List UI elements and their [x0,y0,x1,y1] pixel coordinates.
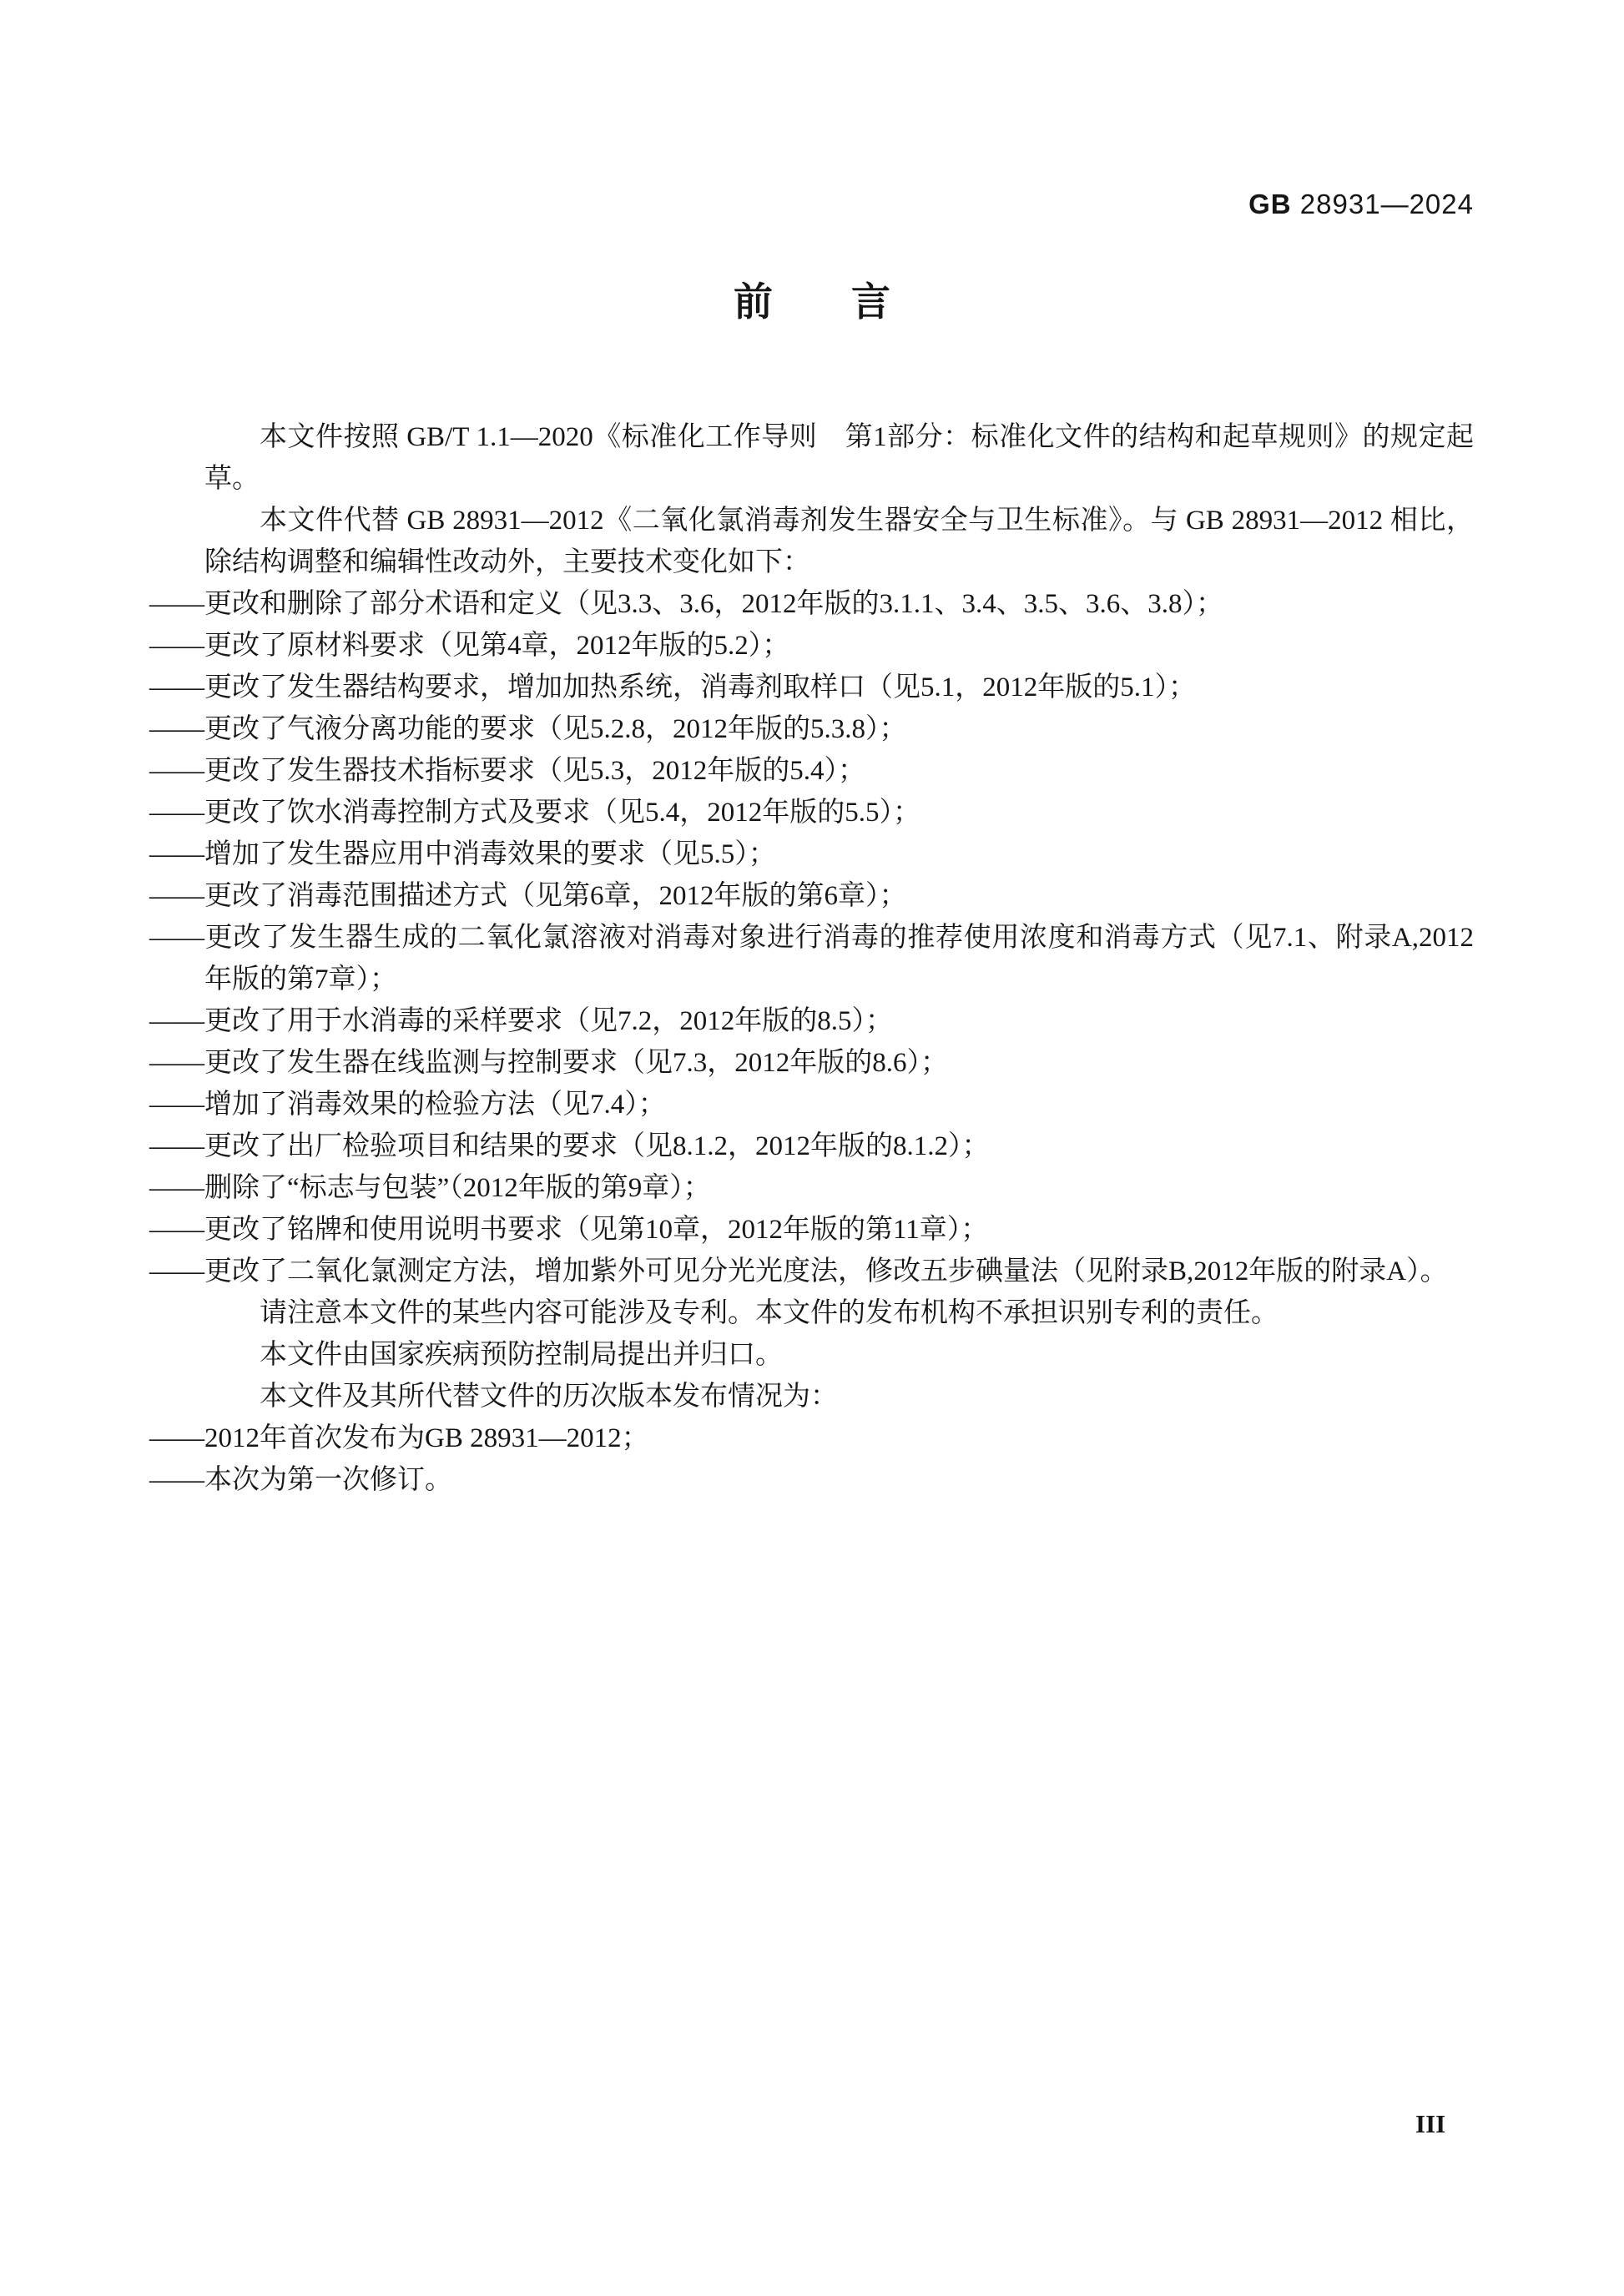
issuing-body-paragraph: 本文件由国家疾病预防控制局提出并归口。 [204,1334,1474,1376]
standard-code-number: 28931—2024 [1292,189,1474,219]
list-item: ——增加了消毒效果的检验方法（见7.4）； [204,1084,1474,1125]
intro-paragraph-1: 本文件按照 GB/T 1.1—2020《标准化工作导则 第1部分：标准化文件的结… [204,416,1474,500]
list-item: ——更改了原材料要求（见第4章，2012年版的5.2）； [204,625,1474,667]
list-item: ——更改了铭牌和使用说明书要求（见第10章，2012年版的第11章）； [204,1209,1474,1251]
list-item: ——更改和删除了部分术语和定义（见3.3、3.6，2012年版的3.1.1、3.… [204,583,1474,625]
list-item: ——更改了气液分离功能的要求（见5.2.8，2012年版的5.3.8）； [204,708,1474,750]
list-item: ——2012年首次发布为GB 28931—2012； [204,1417,1474,1459]
patent-notice-paragraph: 请注意本文件的某些内容可能涉及专利。本文件的发布机构不承担识别专利的责任。 [204,1292,1474,1334]
list-item: ——更改了发生器在线监测与控制要求（见7.3，2012年版的8.6）； [204,1042,1474,1084]
standard-code-prefix: GB [1248,189,1292,219]
standard-code: GB 28931—2024 [1248,189,1474,220]
list-item: ——本次为第一次修订。 [204,1459,1474,1501]
list-item: ——更改了用于水消毒的采样要求（见7.2，2012年版的8.5）； [204,1000,1474,1042]
list-item: ——更改了出厂检验项目和结果的要求（见8.1.2，2012年版的8.1.2）； [204,1125,1474,1167]
list-item: ——更改了饮水消毒控制方式及要求（见5.4，2012年版的5.5）； [204,792,1474,833]
history-intro-paragraph: 本文件及其所代替文件的历次版本发布情况为： [204,1376,1474,1417]
changes-list: ——更改和删除了部分术语和定义（见3.3、3.6，2012年版的3.1.1、3.… [204,583,1474,1292]
list-item: ——更改了发生器生成的二氧化氯溶液对消毒对象进行消毒的推荐使用浓度和消毒方式（见… [204,917,1474,1000]
page-title: 前 言 [0,277,1624,327]
list-item: ——更改了发生器技术指标要求（见5.3，2012年版的5.4）； [204,750,1474,792]
document-body: 本文件按照 GB/T 1.1—2020《标准化工作导则 第1部分：标准化文件的结… [204,416,1474,1501]
history-list: ——2012年首次发布为GB 28931—2012； ——本次为第一次修订。 [204,1417,1474,1501]
list-item: ——更改了消毒范围描述方式（见第6章，2012年版的第6章）； [204,875,1474,917]
page-number: III [1415,2109,1445,2139]
list-item: ——更改了二氧化氯测定方法，增加紫外可见分光光度法，修改五步碘量法（见附录B,2… [204,1251,1474,1292]
list-item: ——删除了“标志与包装”（2012年版的第9章）； [204,1167,1474,1209]
list-item: ——更改了发生器结构要求，增加加热系统，消毒剂取样口（见5.1，2012年版的5… [204,667,1474,708]
list-item: ——增加了发生器应用中消毒效果的要求（见5.5）； [204,833,1474,875]
intro-paragraph-2: 本文件代替 GB 28931—2012《二氧化氯消毒剂发生器安全与卫生标准》。与… [204,500,1474,583]
